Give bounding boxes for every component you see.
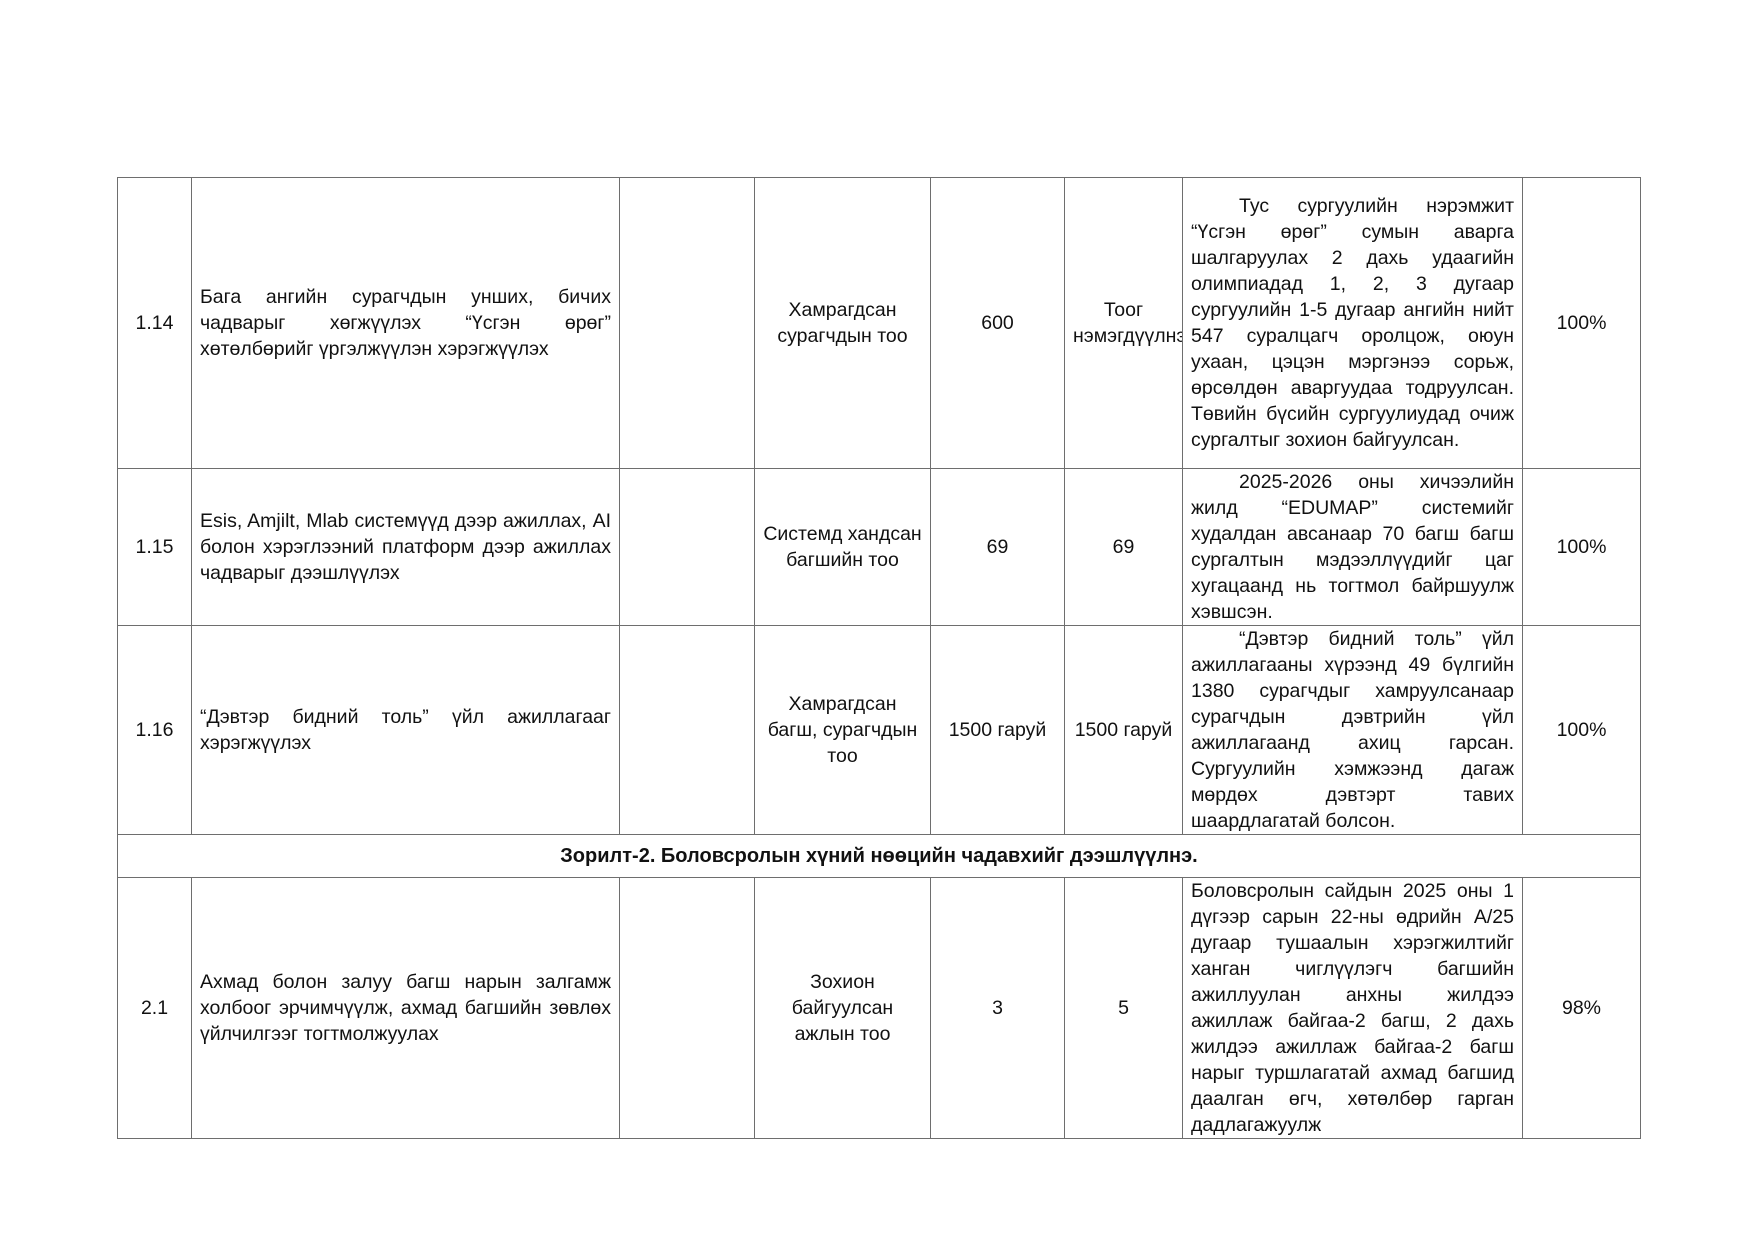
result-cell: Тус сургуулийн нэрэмжит “Үсгэн өрөг” сум… (1183, 178, 1523, 469)
target-cell: 69 (1065, 469, 1183, 626)
item-number: 1.15 (118, 469, 192, 626)
item-number: 1.14 (118, 178, 192, 469)
completion-cell: 100% (1523, 178, 1641, 469)
document-page: 1.14 Бага ангийн сурагчдын унших, бичих … (0, 0, 1755, 1241)
completion-cell: 100% (1523, 626, 1641, 835)
result-cell: Боловсролын сайдын 2025 оны 1 дүгээр сар… (1183, 878, 1523, 1139)
table-row: 2.1 Ахмад болон залуу багш нарын залгамж… (118, 878, 1641, 1139)
result-text: 2025-2026 оны хичээлийн жилд “EDUMAP” си… (1191, 469, 1514, 625)
indicator-cell: Хамрагдсан багш, сурагчдын тоо (755, 626, 931, 835)
baseline-cell: 3 (931, 878, 1065, 1139)
indicator-cell: Хамрагдсан сурагчдын тоо (755, 178, 931, 469)
target-cell: 1500 гаруй (1065, 626, 1183, 835)
baseline-cell: 1500 гаруй (931, 626, 1065, 835)
empty-cell (620, 626, 755, 835)
action-plan-table: 1.14 Бага ангийн сурагчдын унших, бичих … (117, 177, 1641, 1139)
empty-cell (620, 178, 755, 469)
result-cell: “Дэвтэр бидний толь” үйл ажиллагааны хүр… (1183, 626, 1523, 835)
target-cell: Тоог нэмэгдүүлнэ (1065, 178, 1183, 469)
item-number: 2.1 (118, 878, 192, 1139)
empty-cell (620, 878, 755, 1139)
target-cell: 5 (1065, 878, 1183, 1139)
activity-cell: Ахмад болон залуу багш нарын залгамж хол… (192, 878, 620, 1139)
baseline-cell: 69 (931, 469, 1065, 626)
result-text: Тус сургуулийн нэрэмжит “Үсгэн өрөг” сум… (1191, 193, 1514, 453)
indicator-cell: Системд хандсан багшийн тоо (755, 469, 931, 626)
section-heading: Зорилт-2. Боловсролын хүний нөөцийн чада… (118, 835, 1641, 878)
item-number: 1.16 (118, 626, 192, 835)
completion-cell: 98% (1523, 878, 1641, 1139)
result-text: Боловсролын сайдын 2025 оны 1 дүгээр сар… (1191, 878, 1514, 1138)
table-row: 1.14 Бага ангийн сурагчдын унших, бичих … (118, 178, 1641, 469)
indicator-cell: Зохион байгуулсан ажлын тоо (755, 878, 931, 1139)
empty-cell (620, 469, 755, 626)
result-cell: 2025-2026 оны хичээлийн жилд “EDUMAP” си… (1183, 469, 1523, 626)
activity-cell: Бага ангийн сурагчдын унших, бичих чадва… (192, 178, 620, 469)
result-text: “Дэвтэр бидний толь” үйл ажиллагааны хүр… (1191, 626, 1514, 834)
table-row: 1.15 Esis, Amjilt, Mlab системүүд дээр а… (118, 469, 1641, 626)
section-heading-row: Зорилт-2. Боловсролын хүний нөөцийн чада… (118, 835, 1641, 878)
activity-cell: Esis, Amjilt, Mlab системүүд дээр ажилла… (192, 469, 620, 626)
activity-cell: “Дэвтэр бидний толь” үйл ажиллагааг хэрэ… (192, 626, 620, 835)
baseline-cell: 600 (931, 178, 1065, 469)
table-row: 1.16 “Дэвтэр бидний толь” үйл ажиллагааг… (118, 626, 1641, 835)
completion-cell: 100% (1523, 469, 1641, 626)
